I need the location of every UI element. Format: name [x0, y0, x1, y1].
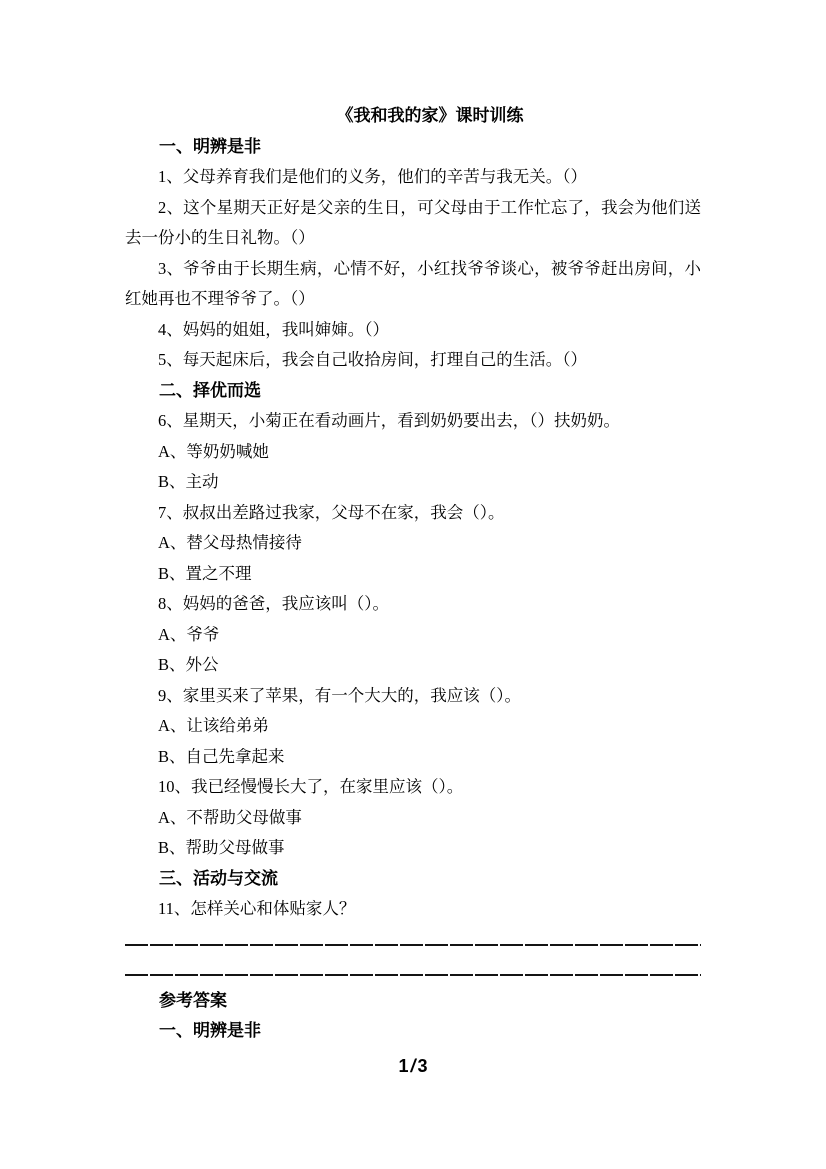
page-title: 《我和我的家》课时训练	[125, 101, 701, 132]
question-11: 11、怎样关心和体贴家人？	[125, 894, 701, 925]
question-6: 6、星期天，小菊正在看动画片，看到奶奶要出去，（）扶奶奶。	[125, 406, 701, 437]
page-number-total: 3	[418, 1056, 428, 1076]
question-9-option-b: B、自己先拿起来	[125, 742, 701, 773]
section-2-heading: 二、择优而选	[125, 376, 701, 407]
question-6-option-a: A、等奶奶喊她	[125, 437, 701, 468]
question-2: 2、这个星期天正好是父亲的生日，可父母由于工作忙忘了，我会为他们送去一份小的生日…	[125, 193, 701, 254]
question-9: 9、家里买来了苹果，有一个大大的，我应该（）。	[125, 681, 701, 712]
section-3-heading: 三、活动与交流	[125, 864, 701, 895]
question-7-option-b: B、置之不理	[125, 559, 701, 590]
answer-blank-line-1	[125, 925, 701, 956]
page-number-current: 1	[398, 1056, 408, 1076]
page-number-separator: /	[408, 1056, 417, 1076]
question-9-option-a: A、让该给弟弟	[125, 711, 701, 742]
question-10-option-a: A、不帮助父母做事	[125, 803, 701, 834]
reference-answers-heading: 参考答案	[125, 986, 701, 1017]
question-6-option-b: B、主动	[125, 467, 701, 498]
question-8-option-b: B、外公	[125, 650, 701, 681]
page-number: 1/3	[0, 1054, 826, 1078]
question-10-option-b: B、帮助父母做事	[125, 833, 701, 864]
answers-section-1-heading: 一、明辨是非	[125, 1016, 701, 1047]
question-8-option-a: A、爷爷	[125, 620, 701, 651]
question-3: 3、爷爷由于长期生病，心情不好，小红找爷爷谈心，被爷爷赶出房间，小红她再也不理爷…	[125, 254, 701, 315]
question-8: 8、妈妈的爸爸，我应该叫（）。	[125, 589, 701, 620]
section-1-heading: 一、明辨是非	[125, 132, 701, 163]
question-7: 7、叔叔出差路过我家，父母不在家，我会（）。	[125, 498, 701, 529]
question-7-option-a: A、替父母热情接待	[125, 528, 701, 559]
document-page: 《我和我的家》课时训练 一、明辨是非 1、父母养育我们是他们的义务，他们的辛苦与…	[0, 0, 826, 1169]
document-body: 《我和我的家》课时训练 一、明辨是非 1、父母养育我们是他们的义务，他们的辛苦与…	[125, 101, 701, 1047]
question-1: 1、父母养育我们是他们的义务，他们的辛苦与我无关。（）	[125, 162, 701, 193]
question-5: 5、每天起床后，我会自己收拾房间，打理自己的生活。（）	[125, 345, 701, 376]
answer-blank-line-2	[125, 955, 701, 986]
question-10: 10、我已经慢慢长大了，在家里应该（）。	[125, 772, 701, 803]
question-4: 4、妈妈的姐姐，我叫婶婶。（）	[125, 315, 701, 346]
